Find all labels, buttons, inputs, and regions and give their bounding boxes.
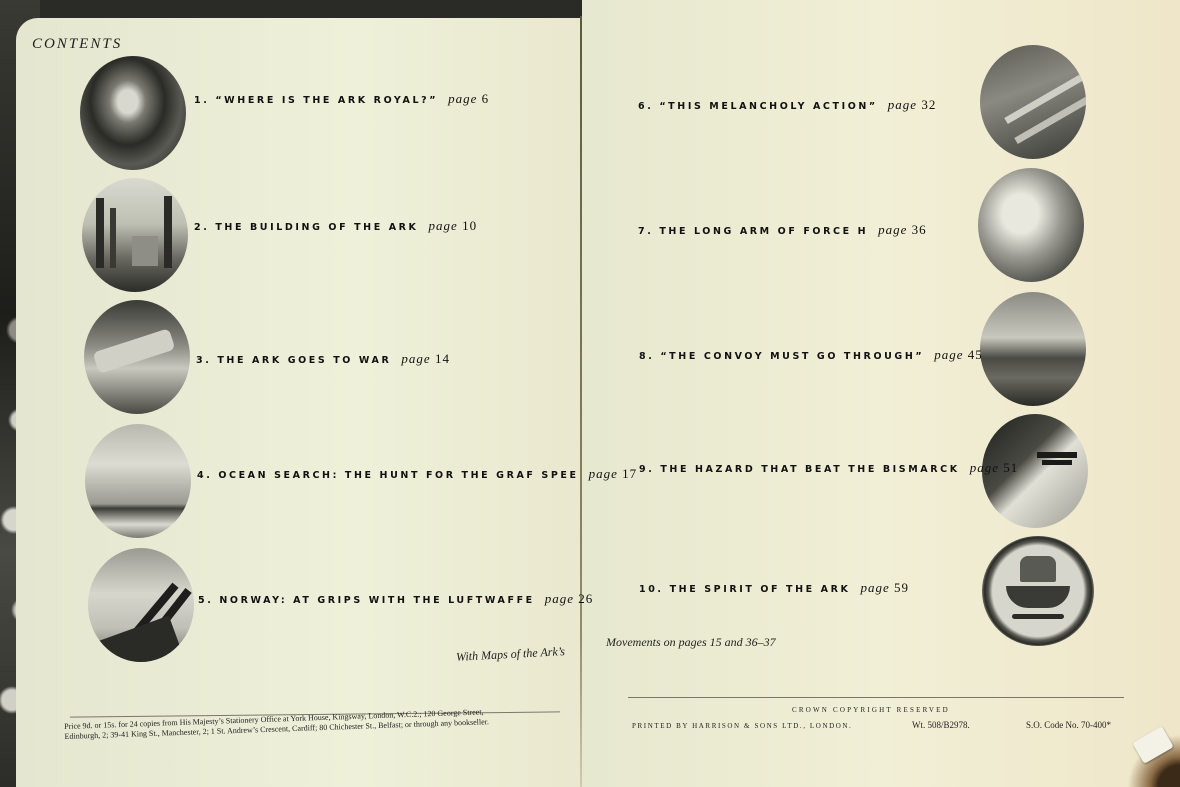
toc-entry-4[interactable]: 4. OCEAN SEARCH: THE HUNT FOR THE GRAF S… <box>197 466 637 482</box>
entry-title: “THIS MELANCHOLY ACTION” <box>659 101 877 112</box>
toc-entry-7[interactable]: 7. THE LONG ARM OF FORCE H page 36 <box>638 222 927 238</box>
entry-page-ref: page 14 <box>401 351 450 367</box>
so-code: S.O. Code No. 70-400* <box>1026 720 1111 730</box>
contents-heading: CONTENTS <box>32 36 122 53</box>
entry-title: THE BUILDING OF THE ARK <box>215 222 418 233</box>
toc-entry-5[interactable]: 5. NORWAY: AT GRIPS WITH THE LUFTWAFFE p… <box>198 591 593 607</box>
entry-title: THE ARK GOES TO WAR <box>217 355 391 366</box>
man-in-cap-pointing-photo <box>80 56 186 170</box>
toc-entry-9[interactable]: 9. THE HAZARD THAT BEAT THE BISMARCK pag… <box>639 460 1018 476</box>
right-page <box>582 0 1180 787</box>
entry-page-ref: page 32 <box>888 97 937 113</box>
toc-entry-6[interactable]: 6. “THIS MELANCHOLY ACTION” page 32 <box>638 97 936 113</box>
toc-entry-8[interactable]: 8. “THE CONVOY MUST GO THROUGH” page 45 <box>639 347 983 363</box>
toc-entry-10[interactable]: 10. THE SPIRIT OF THE ARK page 59 <box>639 580 909 596</box>
gun-barrels-photo <box>980 45 1086 159</box>
entry-page-ref: page 17 <box>589 466 638 482</box>
open-sea-clouds-photo <box>85 424 191 538</box>
right-divider <box>628 697 1124 698</box>
weight-code: Wt. 508/B2978. <box>912 720 970 730</box>
toc-entry-2[interactable]: 2. THE BUILDING OF THE ARK page 10 <box>194 218 477 234</box>
entry-page-ref: page 6 <box>448 91 489 107</box>
toc-entry-1[interactable]: 1. “WHERE IS THE ARK ROYAL?” page 6 <box>194 91 489 107</box>
entry-title: NORWAY: AT GRIPS WITH THE LUFTWAFFE <box>219 595 534 606</box>
convoy-ships-photo <box>980 292 1086 406</box>
entry-title: THE HAZARD THAT BEAT THE BISMARCK <box>660 464 959 475</box>
entry-title: THE SPIRIT OF THE ARK <box>670 584 851 595</box>
anti-aircraft-guns-photo <box>88 548 194 662</box>
movements-note: Movements on pages 15 and 36–37 <box>606 635 776 650</box>
entry-title: “WHERE IS THE ARK ROYAL?” <box>215 95 438 106</box>
toc-entry-3[interactable]: 3. THE ARK GOES TO WAR page 14 <box>196 351 450 367</box>
entry-title: “THE CONVOY MUST GO THROUGH” <box>660 351 924 362</box>
ark-royal-crest-badge <box>982 536 1094 646</box>
entry-page-ref: page 59 <box>861 580 910 596</box>
printer-credit: PRINTED BY HARRISON & SONS LTD., LONDON. <box>632 722 852 730</box>
entry-title: THE LONG ARM OF FORCE H <box>659 226 868 237</box>
entry-page-ref: page 26 <box>545 591 594 607</box>
aircraft-on-deck-photo <box>84 300 190 414</box>
entry-page-ref: page 51 <box>970 460 1019 476</box>
entry-title: OCEAN SEARCH: THE HUNT FOR THE GRAF SPEE <box>218 470 578 481</box>
copyright-notice: CROWN COPYRIGHT RESERVED <box>792 706 950 714</box>
entry-page-ref: page 45 <box>934 347 983 363</box>
entry-page-ref: page 10 <box>429 218 478 234</box>
shipyard-cranes-photo <box>82 178 188 292</box>
entry-page-ref: page 36 <box>878 222 927 238</box>
flag-and-smoke-photo <box>978 168 1084 282</box>
